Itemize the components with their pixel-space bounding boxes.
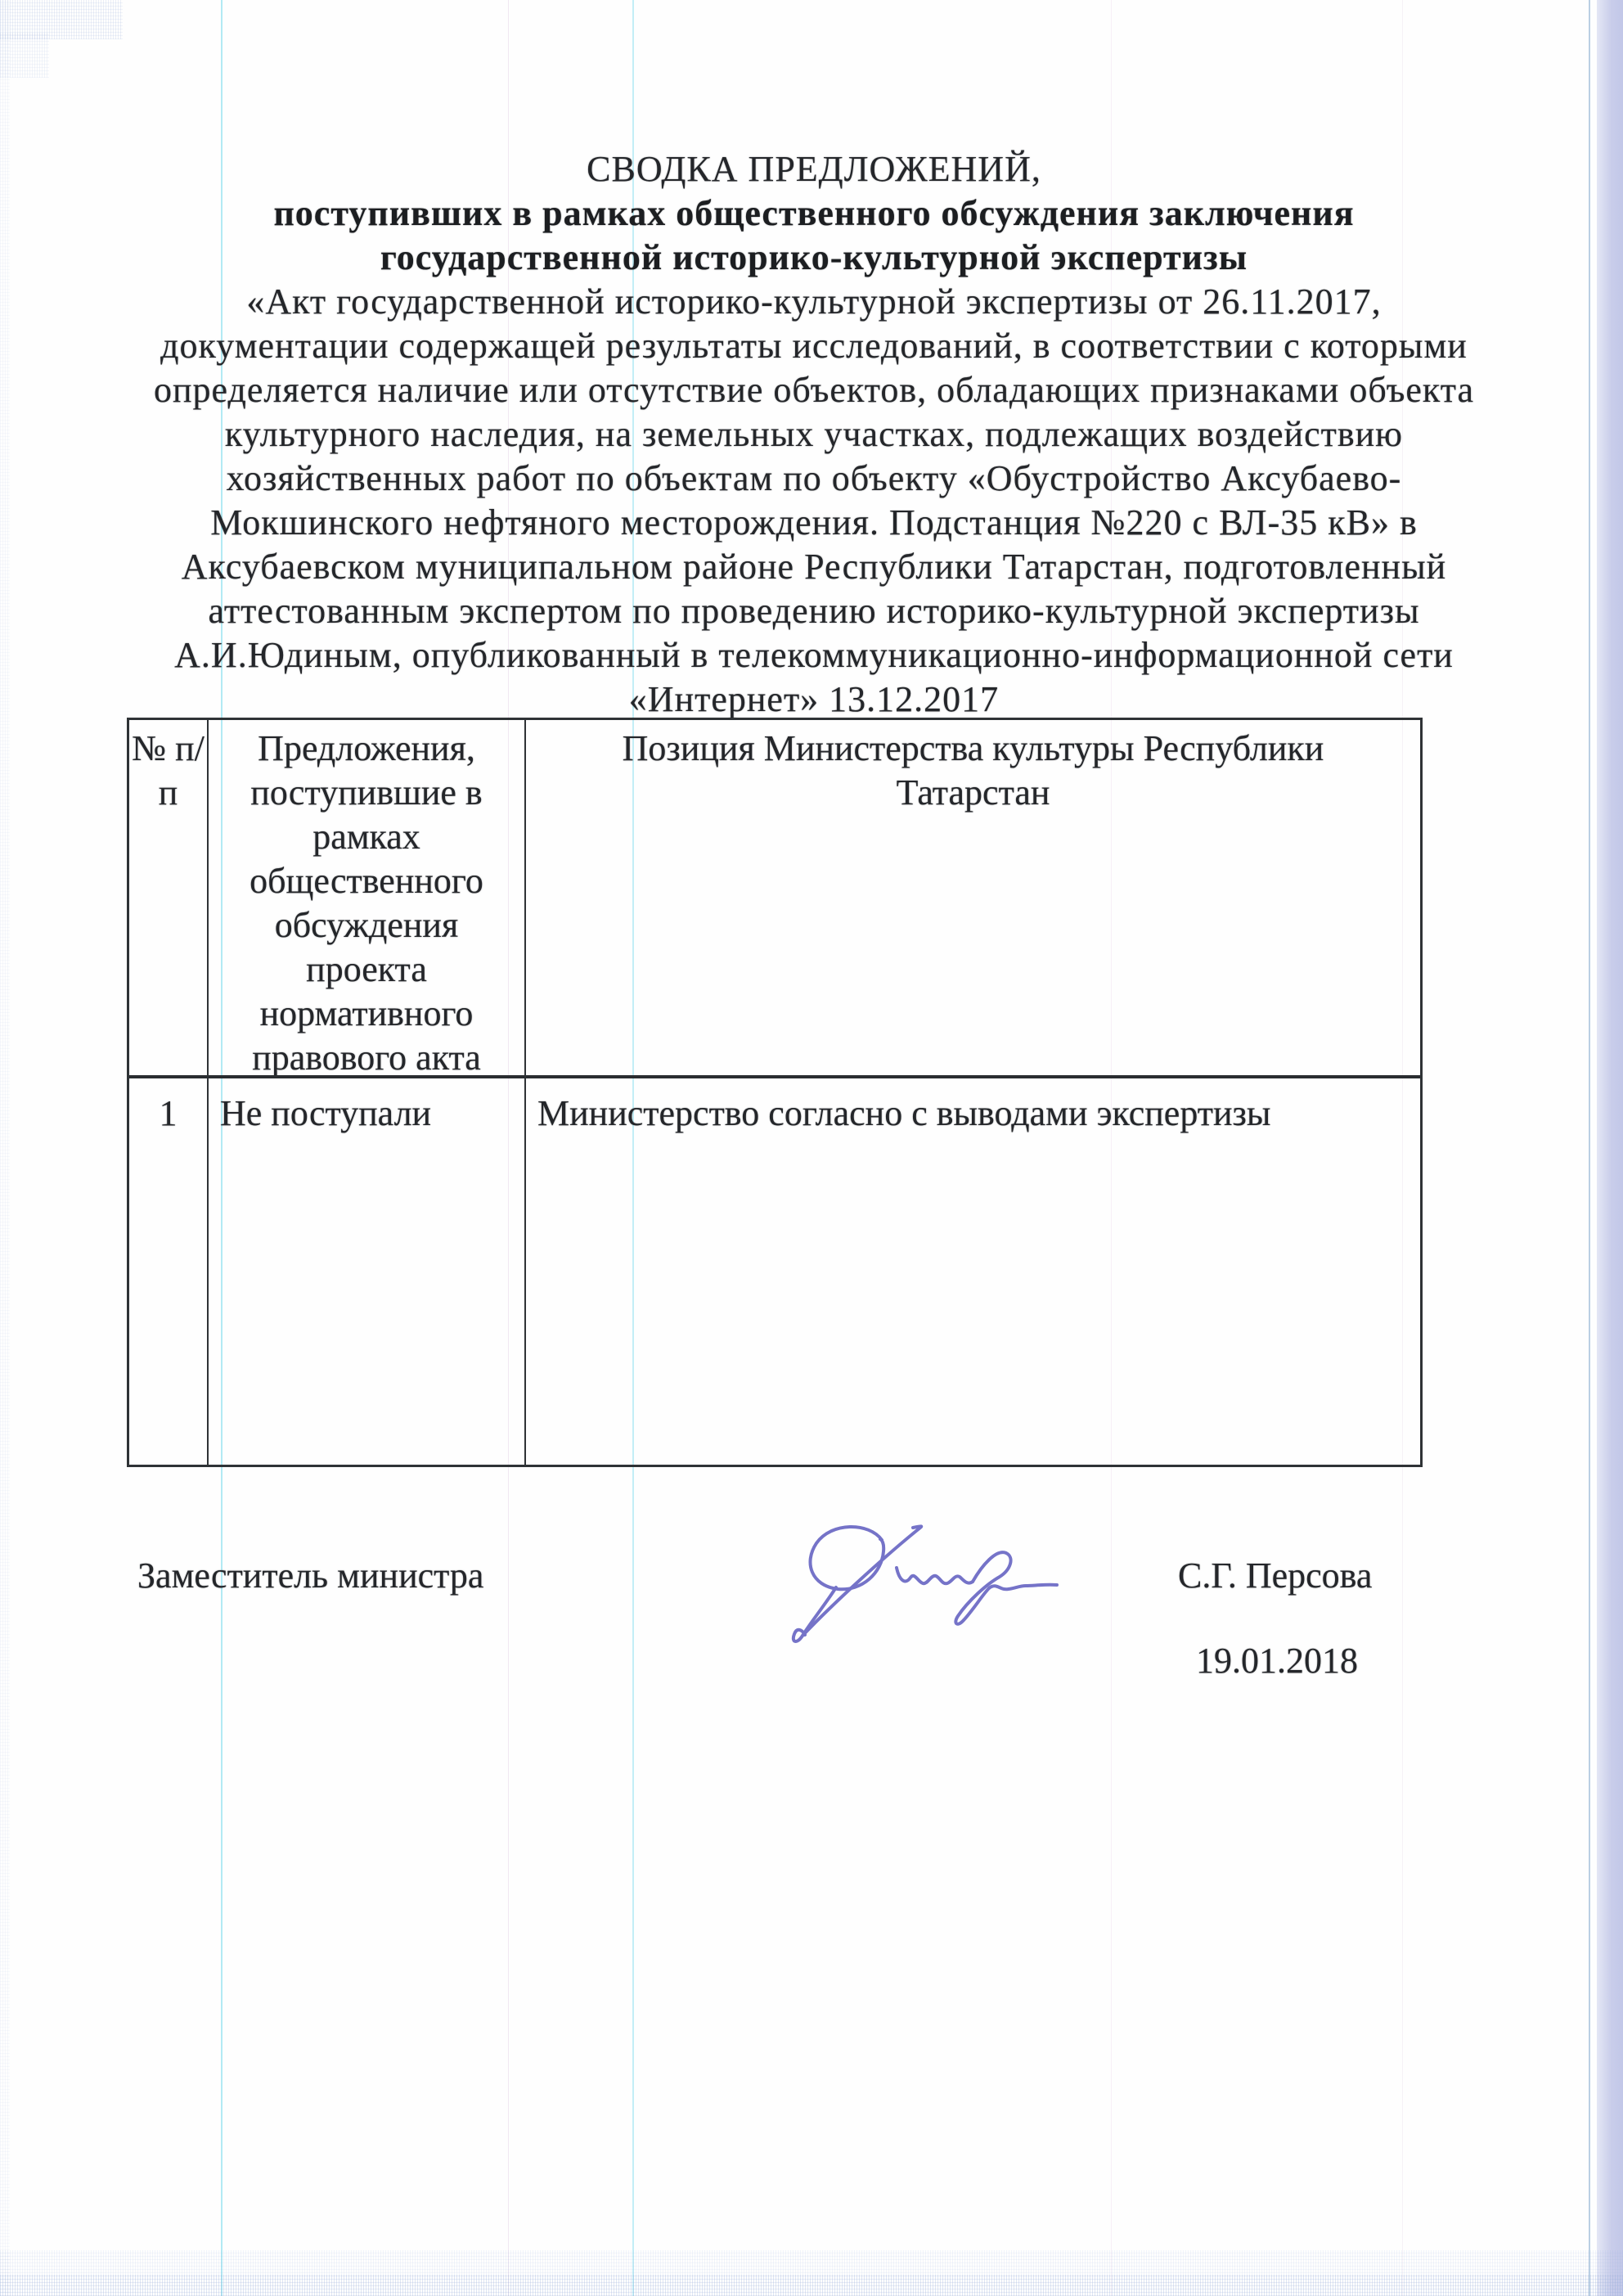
table-row-number-cell: 1 bbox=[129, 1078, 209, 1465]
signer-role-label: Заместитель министра bbox=[137, 1555, 483, 1596]
scan-edge-strip bbox=[1597, 0, 1623, 2296]
column-header-proposals: Предложения, поступившие в рамках общест… bbox=[209, 720, 526, 1078]
table-row-position-cell: Министерство согласно с выводами эксперт… bbox=[526, 1078, 1420, 1465]
title-line: «Акт государственной историко-культурной… bbox=[51, 280, 1577, 324]
title-line: определяется наличие или отсутствие объе… bbox=[51, 368, 1577, 412]
column-header-ministry-position-text: Позиция Министерства культуры Республики… bbox=[573, 727, 1374, 815]
scanned-document-page: СВОДКА ПРЕДЛОЖЕНИЙ, поступивших в рамках… bbox=[0, 0, 1623, 2296]
signing-date: 19.01.2018 bbox=[1196, 1640, 1358, 1681]
title-line: документации содержащей результаты иссле… bbox=[51, 324, 1577, 368]
title-line: А.И.Юдиным, опубликованный в телекоммуни… bbox=[51, 633, 1577, 678]
title-line: государственной историко-культурной эксп… bbox=[51, 236, 1577, 280]
signer-name: С.Г. Персова bbox=[1178, 1555, 1372, 1596]
handwritten-signature bbox=[736, 1489, 1145, 1702]
scan-noise-left-edge bbox=[0, 0, 10, 2296]
column-header-number: № п/п bbox=[129, 720, 209, 1078]
title-line: хозяйственных работ по объектам по объек… bbox=[51, 457, 1577, 501]
title-line: Аксубаевском муниципальном районе Респуб… bbox=[51, 545, 1577, 589]
proposals-summary-table: № п/п Предложения, поступившие в рамках … bbox=[127, 718, 1423, 1467]
column-header-ministry-position: Позиция Министерства культуры Республики… bbox=[526, 720, 1420, 1078]
title-line: «Интернет» 13.12.2017 bbox=[51, 678, 1577, 722]
scan-noise-top-left bbox=[0, 0, 123, 39]
scan-noise-bottom bbox=[0, 2250, 1623, 2296]
scan-noise-bottom bbox=[0, 2275, 1623, 2296]
title-line: поступивших в рамках общественного обсуж… bbox=[51, 191, 1577, 236]
title-line: аттестованным экспертом по проведению ис… bbox=[51, 589, 1577, 633]
title-line: культурного наследия, на земельных участ… bbox=[51, 412, 1577, 457]
title-line: Мокшинского нефтяного месторождения. Под… bbox=[51, 501, 1577, 545]
title-line: СВОДКА ПРЕДЛОЖЕНИЙ, bbox=[51, 147, 1577, 191]
table-row-proposals-cell: Не поступали bbox=[209, 1078, 526, 1465]
scan-edge-line bbox=[1589, 0, 1590, 2296]
document-title-block: СВОДКА ПРЕДЛОЖЕНИЙ, поступивших в рамках… bbox=[51, 147, 1577, 722]
scan-noise-top-left bbox=[0, 33, 49, 78]
